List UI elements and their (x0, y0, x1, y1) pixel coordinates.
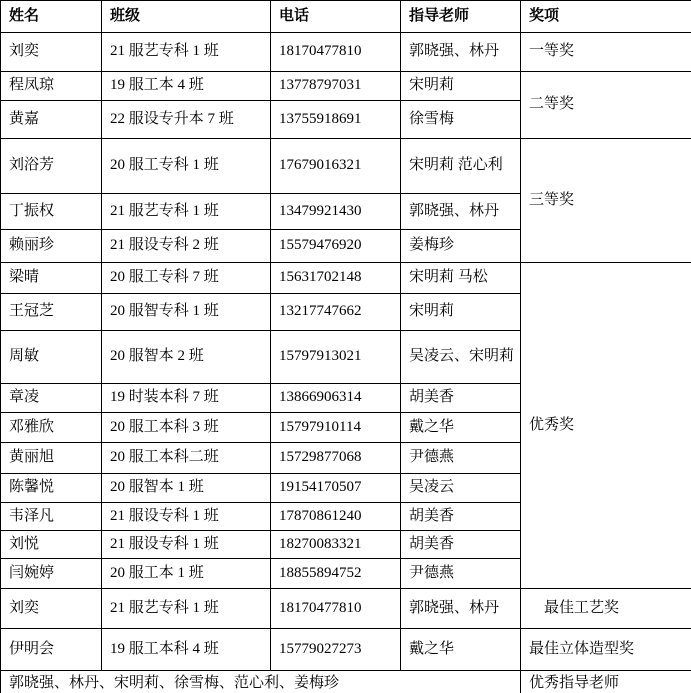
class-cell: 19 服工本 4 班 (102, 72, 271, 101)
phone-cell: 13778797031 (271, 72, 401, 101)
class-cell: 22 服设专升本 7 班 (102, 101, 271, 139)
class-cell: 20 服工本 1 班 (102, 559, 271, 589)
teacher-cell: 尹德燕 (401, 443, 521, 474)
name-cell: 刘奕 (1, 33, 102, 72)
name-cell: 周敏 (1, 331, 102, 384)
document-page: 姓名 班级 电话 指导老师 奖项 刘奕21 服艺专科 1 班1817047781… (0, 0, 691, 693)
phone-cell: 18170477810 (271, 589, 401, 629)
phone-cell: 15797910114 (271, 413, 401, 443)
teacher-cell: 吴凌云 (401, 474, 521, 503)
footer-row: 郭晓强、林丹、宋明莉、徐雪梅、范心利、姜梅珍 优秀指导老师 (1, 671, 691, 693)
name-cell: 伊明会 (1, 629, 102, 671)
name-cell: 陈馨悦 (1, 474, 102, 503)
name-cell: 章凌 (1, 384, 102, 413)
class-cell: 21 服设专科 1 班 (102, 531, 271, 559)
name-cell: 梁晴 (1, 263, 102, 294)
awards-table: 姓名 班级 电话 指导老师 奖项 刘奕21 服艺专科 1 班1817047781… (0, 0, 691, 693)
phone-cell: 17679016321 (271, 139, 401, 194)
name-cell: 闫婉婷 (1, 559, 102, 589)
table-body: 刘奕21 服艺专科 1 班18170477810郭晓强、林丹一等奖程凤琼19 服… (1, 33, 691, 671)
class-cell: 20 服工专科 1 班 (102, 139, 271, 194)
phone-cell: 15631702148 (271, 263, 401, 294)
class-cell: 20 服智专科 1 班 (102, 294, 271, 331)
teacher-cell: 尹德燕 (401, 559, 521, 589)
phone-cell: 15797913021 (271, 331, 401, 384)
teacher-cell: 宋明莉 马松 (401, 263, 521, 294)
name-cell: 黄丽旭 (1, 443, 102, 474)
header-cell-award: 奖项 (521, 1, 691, 33)
teacher-cell: 徐雪梅 (401, 101, 521, 139)
phone-cell: 15579476920 (271, 230, 401, 263)
table-row: 刘奕21 服艺专科 1 班18170477810郭晓强、林丹一等奖 (1, 33, 691, 72)
phone-cell: 13479921430 (271, 194, 401, 230)
award-cell: 优秀奖 (521, 263, 691, 589)
teacher-cell: 郭晓强、林丹 (401, 33, 521, 72)
table-footer: 郭晓强、林丹、宋明莉、徐雪梅、范心利、姜梅珍 优秀指导老师 (1, 671, 691, 693)
table-row: 伊明会19 服工本科 4 班15779027273戴之华最佳立体造型奖 (1, 629, 691, 671)
name-cell: 邓雅欣 (1, 413, 102, 443)
teacher-cell: 郭晓强、林丹 (401, 194, 521, 230)
class-cell: 20 服智本 1 班 (102, 474, 271, 503)
class-cell: 21 服艺专科 1 班 (102, 194, 271, 230)
phone-cell: 19154170507 (271, 474, 401, 503)
phone-cell: 13217747662 (271, 294, 401, 331)
name-cell: 黄嘉 (1, 101, 102, 139)
award-cell: 最佳工艺奖 (521, 589, 691, 629)
award-cell: 三等奖 (521, 139, 691, 263)
class-cell: 21 服艺专科 1 班 (102, 589, 271, 629)
name-cell: 刘奕 (1, 589, 102, 629)
table-row: 程凤琼19 服工本 4 班13778797031宋明莉二等奖 (1, 72, 691, 101)
phone-cell: 18855894752 (271, 559, 401, 589)
teacher-cell: 宋明莉 范心利 (401, 139, 521, 194)
name-cell: 王冠芝 (1, 294, 102, 331)
class-cell: 21 服艺专科 1 班 (102, 33, 271, 72)
name-cell: 韦泽凡 (1, 503, 102, 531)
name-cell: 丁振权 (1, 194, 102, 230)
class-cell: 21 服设专科 1 班 (102, 503, 271, 531)
phone-cell: 13755918691 (271, 101, 401, 139)
header-cell-teacher: 指导老师 (401, 1, 521, 33)
class-cell: 20 服工本科 3 班 (102, 413, 271, 443)
table-row: 刘浴芳20 服工专科 1 班17679016321宋明莉 范心利三等奖 (1, 139, 691, 194)
teacher-cell: 宋明莉 (401, 294, 521, 331)
phone-cell: 18270083321 (271, 531, 401, 559)
name-cell: 赖丽珍 (1, 230, 102, 263)
teacher-cell: 吴凌云、宋明莉 (401, 331, 521, 384)
phone-cell: 17870861240 (271, 503, 401, 531)
class-cell: 20 服工专科 7 班 (102, 263, 271, 294)
class-cell: 20 服工本科二班 (102, 443, 271, 474)
class-cell: 19 时装本科 7 班 (102, 384, 271, 413)
table-header: 姓名 班级 电话 指导老师 奖项 (1, 1, 691, 33)
phone-cell: 13866906314 (271, 384, 401, 413)
award-cell: 最佳立体造型奖 (521, 629, 691, 671)
award-cell: 一等奖 (521, 33, 691, 72)
phone-cell: 15729877068 (271, 443, 401, 474)
teacher-cell: 宋明莉 (401, 72, 521, 101)
header-row: 姓名 班级 电话 指导老师 奖项 (1, 1, 691, 33)
name-cell: 刘浴芳 (1, 139, 102, 194)
class-cell: 19 服工本科 4 班 (102, 629, 271, 671)
class-cell: 20 服智本 2 班 (102, 331, 271, 384)
header-cell-name: 姓名 (1, 1, 102, 33)
name-cell: 刘悦 (1, 531, 102, 559)
phone-cell: 15779027273 (271, 629, 401, 671)
header-cell-class: 班级 (102, 1, 271, 33)
name-cell: 程凤琼 (1, 72, 102, 101)
teacher-cell: 戴之华 (401, 629, 521, 671)
teacher-cell: 戴之华 (401, 413, 521, 443)
footer-award-cell: 优秀指导老师 (521, 671, 691, 693)
teacher-cell: 姜梅珍 (401, 230, 521, 263)
teacher-cell: 胡美香 (401, 531, 521, 559)
header-cell-phone: 电话 (271, 1, 401, 33)
phone-cell: 18170477810 (271, 33, 401, 72)
class-cell: 21 服设专科 2 班 (102, 230, 271, 263)
teacher-cell: 胡美香 (401, 384, 521, 413)
footer-teachers-cell: 郭晓强、林丹、宋明莉、徐雪梅、范心利、姜梅珍 (1, 671, 521, 693)
teacher-cell: 胡美香 (401, 503, 521, 531)
table-row: 刘奕21 服艺专科 1 班18170477810郭晓强、林丹 最佳工艺奖 (1, 589, 691, 629)
award-cell: 二等奖 (521, 72, 691, 139)
table-row: 梁晴20 服工专科 7 班15631702148宋明莉 马松优秀奖 (1, 263, 691, 294)
teacher-cell: 郭晓强、林丹 (401, 589, 521, 629)
